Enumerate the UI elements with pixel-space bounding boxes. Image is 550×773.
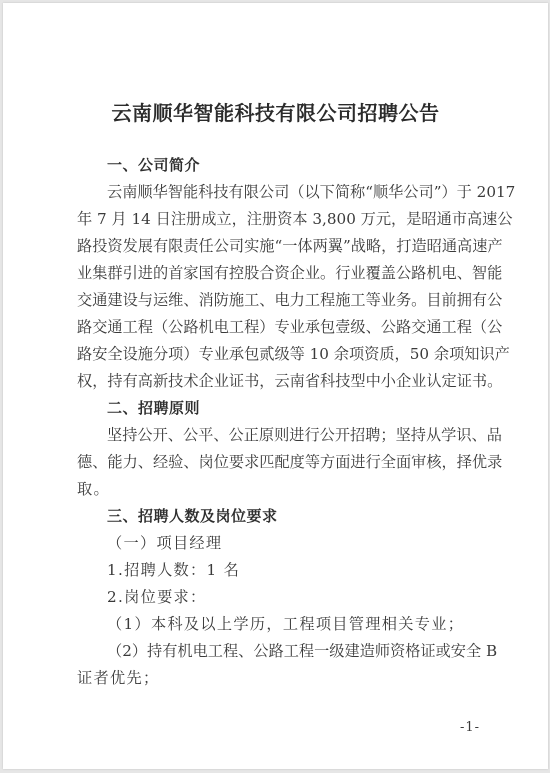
paragraph-line: 路安全设施分项）专业承包贰级等 10 余项资质，50 余项知识产 (77, 341, 491, 368)
paragraph-line: 交通建设与运维、消防施工、电力工程施工等业务。目前拥有公 (77, 287, 491, 314)
document-page: 云南顺华智能科技有限公司招聘公告 一、公司简介 云南顺华智能科技有限公司（以下简… (3, 3, 548, 769)
document-body: 一、公司简介 云南顺华智能科技有限公司（以下简称“顺华公司”）于 2017 年 … (77, 152, 491, 692)
section-heading-principles: 二、招聘原则 (77, 395, 491, 422)
position-requirements-label: 2.岗位要求： (77, 584, 491, 611)
paragraph-line: 业集群引进的首家国有控股合资企业。行业覆盖公路机电、智能 (77, 260, 491, 287)
requirement-item-continued: 证者优先； (77, 665, 491, 692)
paragraph-line: 云南顺华智能科技有限公司（以下简称“顺华公司”）于 2017 (77, 179, 491, 206)
paragraph-line: 坚持公开、公平、公正原则进行公开招聘；坚持从学识、品 (77, 422, 491, 449)
position-title: （一）项目经理 (77, 530, 491, 557)
paragraph-line: 德、能力、经验、岗位要求匹配度等方面进行全面审核，择优录 (77, 449, 491, 476)
paragraph-line: 取。 (77, 476, 491, 503)
document-title: 云南顺华智能科技有限公司招聘公告 (3, 97, 548, 126)
section-heading-positions: 三、招聘人数及岗位要求 (77, 503, 491, 530)
paragraph-line: 路交通工程（公路机电工程）专业承包壹级、公路交通工程（公 (77, 314, 491, 341)
requirement-item: （2）持有机电工程、公路工程一级建造师资格证或安全 B (77, 638, 491, 665)
paragraph-line: 路投资发展有限责任公司实施“一体两翼”战略，打造昭通高速产 (77, 233, 491, 260)
paragraph-line: 年 7 月 14 日注册成立，注册资本 3,800 万元，是昭通市高速公 (77, 206, 491, 233)
position-headcount: 1.招聘人数：1 名 (77, 557, 491, 584)
section-heading-company-intro: 一、公司简介 (77, 152, 491, 179)
page-number: -1- (460, 720, 480, 735)
paragraph-line: 权，持有高新技术企业证书，云南省科技型中小企业认定证书。 (77, 368, 491, 395)
requirement-item: （1）本科及以上学历，工程项目管理相关专业； (77, 611, 491, 638)
